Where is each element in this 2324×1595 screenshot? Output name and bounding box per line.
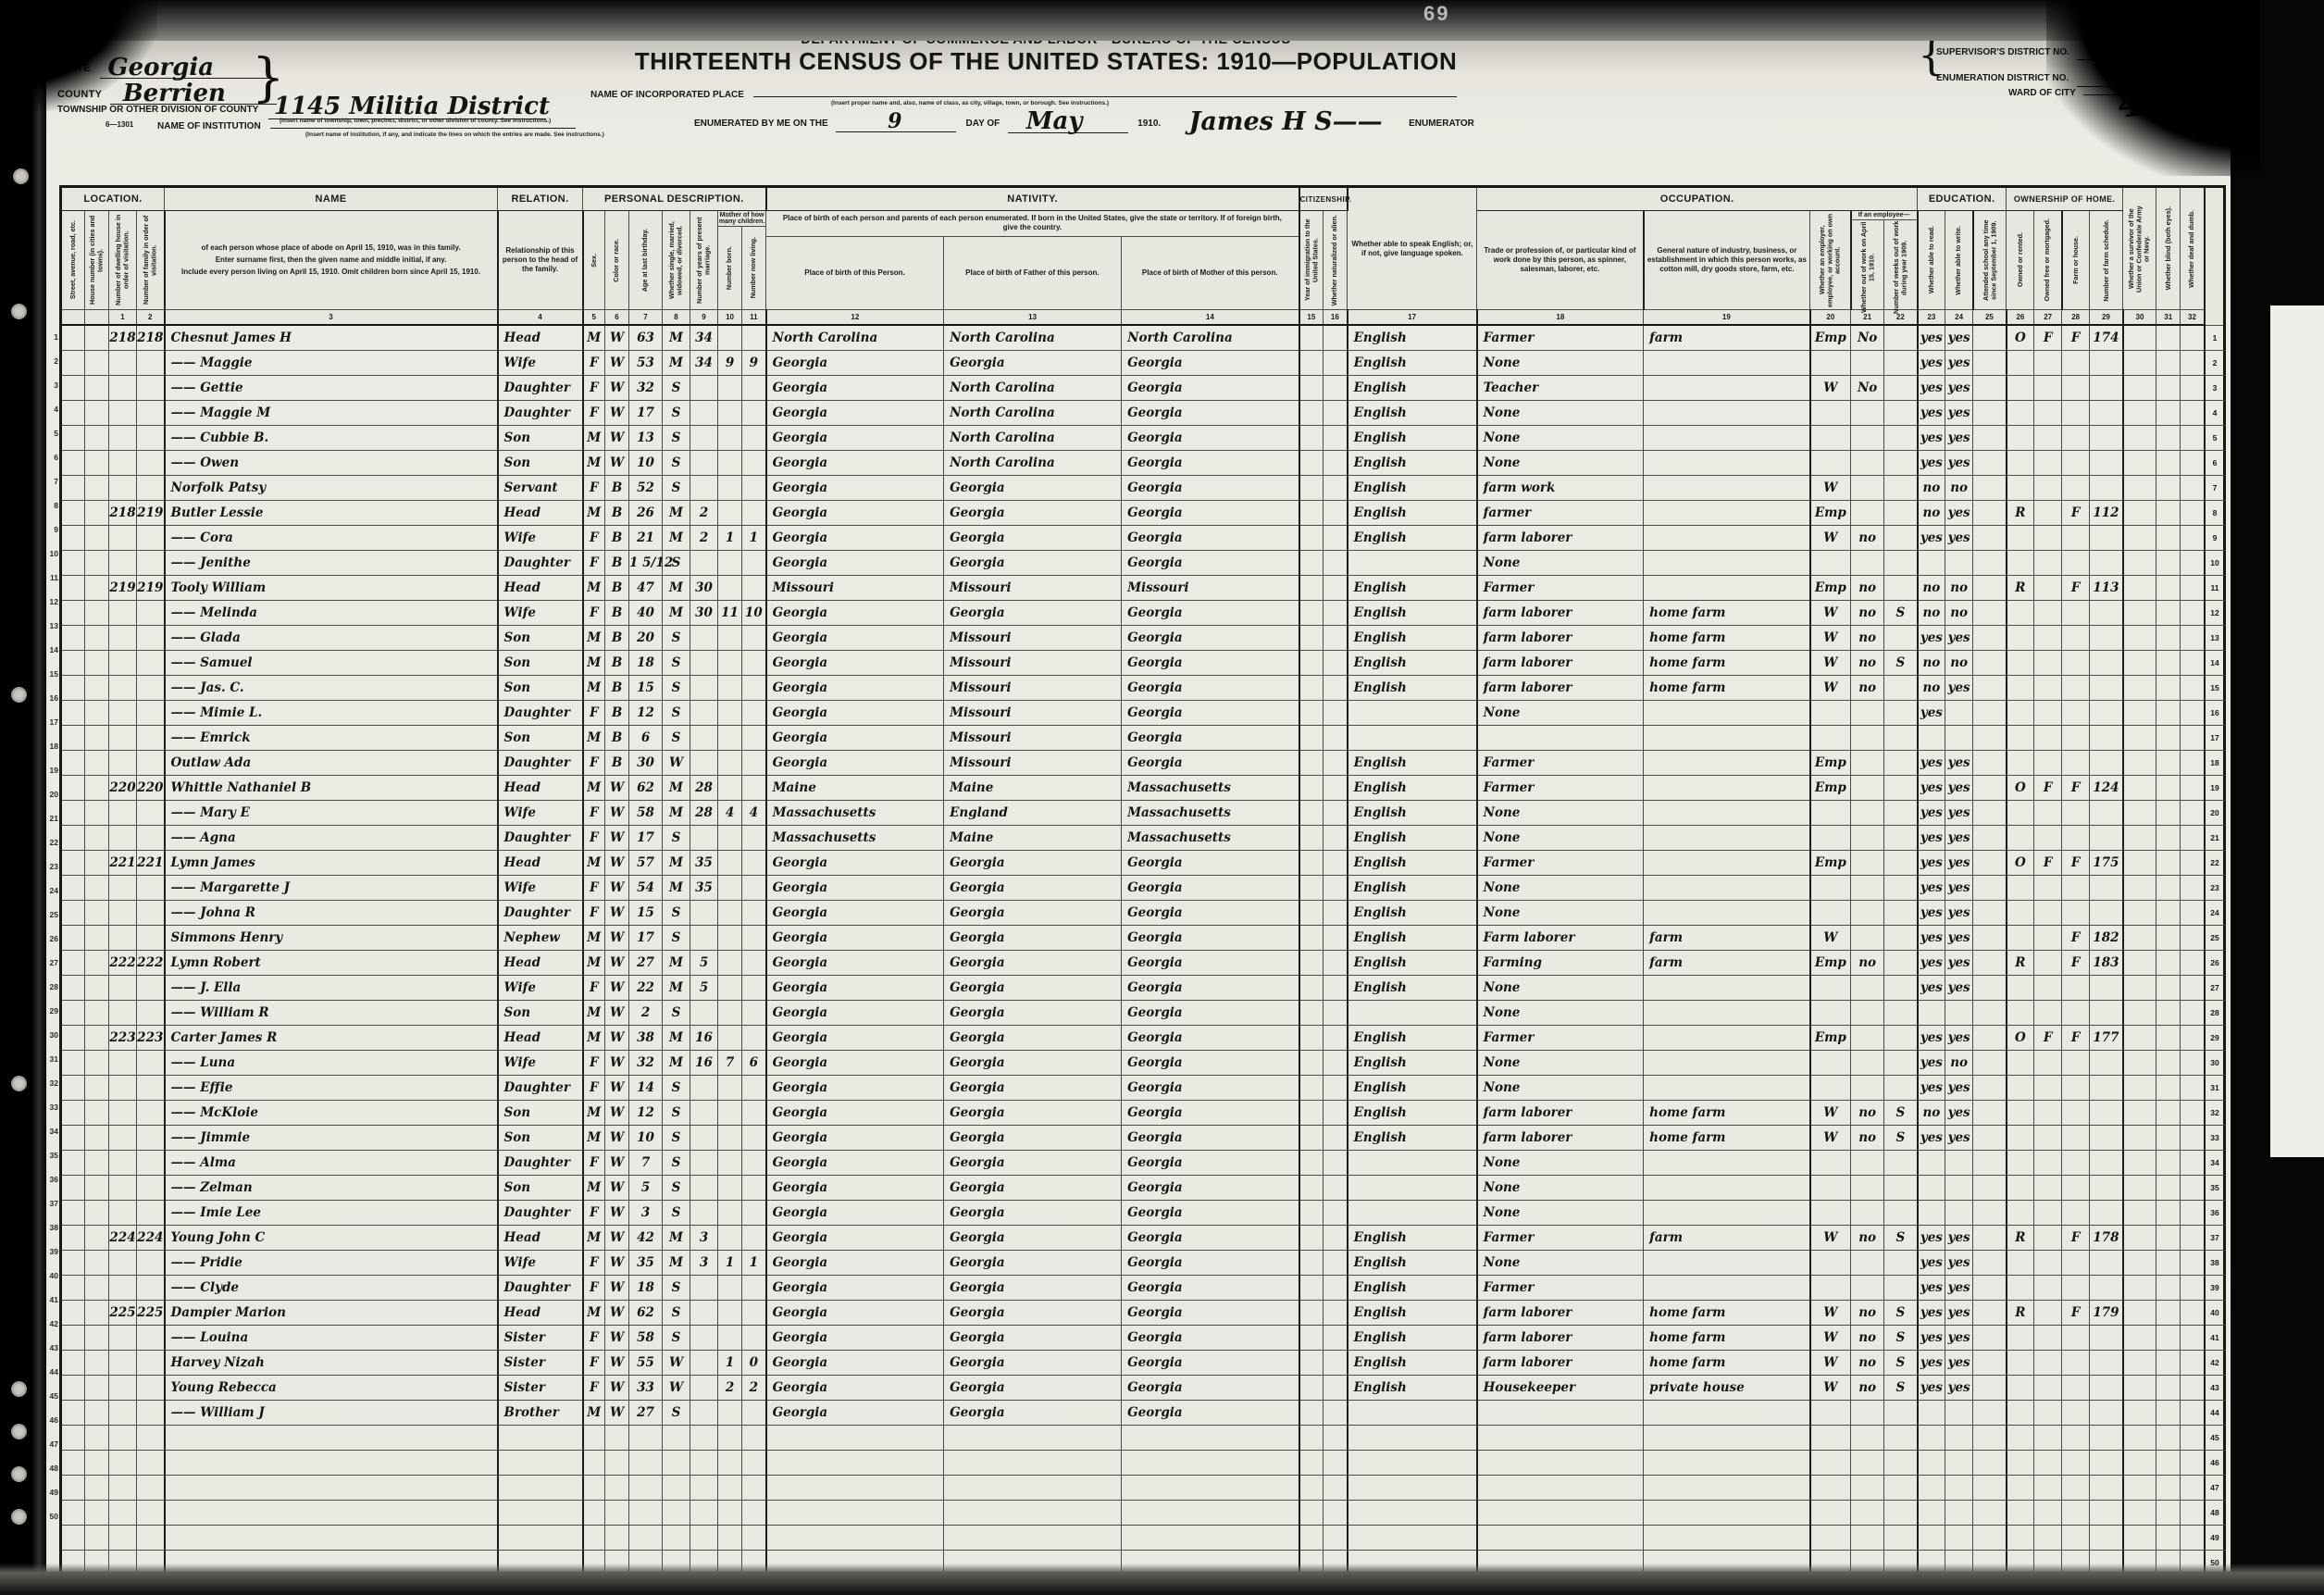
- cell-children_living: [742, 1476, 766, 1501]
- cell-industry: home farm: [1644, 1326, 1810, 1351]
- cell-read: yes: [1918, 401, 1945, 426]
- cell-street: [61, 1426, 85, 1451]
- cell-write: yes: [1945, 676, 1973, 701]
- cell-naturalized: [1324, 651, 1348, 676]
- cell-farm_or_house: [2062, 526, 2090, 551]
- cell-naturalized: [1324, 325, 1348, 351]
- cell-farm_schedule: [2090, 1251, 2123, 1276]
- cell-deaf: [2181, 1376, 2205, 1401]
- cell-naturalized: [1324, 876, 1348, 901]
- cell-color: W: [605, 1001, 629, 1026]
- cell-deaf: [2181, 1226, 2205, 1251]
- cell-birthplace: Georgia: [766, 426, 944, 451]
- left-line-numbers: 1234567891011121314151617181920212223242…: [47, 325, 58, 1528]
- cell-name: —— Jenithe: [165, 551, 498, 576]
- cell-age: [629, 1501, 663, 1526]
- group-nativity: NATIVITY.: [766, 187, 1299, 211]
- cell-occupation: farm laborer: [1477, 626, 1644, 651]
- cell-school: [1973, 426, 2007, 451]
- cell-father_birthplace: Georgia: [944, 926, 1122, 951]
- cell-school: [1973, 1351, 2007, 1376]
- cell-farm_or_house: [2062, 376, 2090, 401]
- line-number: 18: [2205, 751, 2225, 776]
- cell-house: [85, 751, 109, 776]
- cell-home_free: F: [2034, 1026, 2062, 1051]
- cell-worker_class: [1810, 1201, 1851, 1226]
- cell-industry: [1644, 1001, 1810, 1026]
- cell-age: 12: [629, 1101, 663, 1126]
- line-number: 7: [2205, 476, 2225, 501]
- enumerated-line: ENUMERATED BY ME ON THE 9 DAY OF May 191…: [694, 104, 1474, 133]
- cell-deaf: [2181, 551, 2205, 576]
- col-nativity-desc: Place of birth of each person and parent…: [766, 211, 1299, 310]
- cell-worker_class: [1810, 1276, 1851, 1301]
- census-row: 45: [61, 1426, 2225, 1451]
- cell-mother_birthplace: Georgia: [1122, 501, 1299, 526]
- col-family-number: Number of family in order of visitation.: [137, 211, 165, 310]
- cell-english: English: [1348, 926, 1477, 951]
- column-number: 30: [2123, 310, 2156, 326]
- cell-farm_or_house: [2062, 426, 2090, 451]
- cell-street: [61, 526, 85, 551]
- cell-write: [1945, 1151, 1973, 1176]
- cell-years_married: 28: [690, 776, 718, 801]
- cell-industry: home farm: [1644, 626, 1810, 651]
- cell-house: [85, 451, 109, 476]
- cell-children_living: 6: [742, 1051, 766, 1076]
- cell-english: [1348, 1201, 1477, 1226]
- cell-children_born: [718, 376, 742, 401]
- cell-veteran: [2123, 501, 2156, 526]
- cell-house: [85, 401, 109, 426]
- cell-farm_schedule: [2090, 701, 2123, 726]
- cell-naturalized: [1324, 1026, 1348, 1051]
- cell-color: W: [605, 1101, 629, 1126]
- cell-veteran: [2123, 1301, 2156, 1326]
- cell-home_free: [2034, 401, 2062, 426]
- cell-occupation: None: [1477, 976, 1644, 1001]
- cell-worker_class: W: [1810, 526, 1851, 551]
- cell-birthplace: Missouri: [766, 576, 944, 601]
- cell-veteran: [2123, 1026, 2156, 1051]
- cell-children_born: [718, 701, 742, 726]
- cell-farm_or_house: [2062, 626, 2090, 651]
- cell-sex: M: [583, 951, 605, 976]
- cell-naturalized: [1324, 501, 1348, 526]
- cell-home_free: [2034, 1226, 2062, 1251]
- cell-read: [1918, 1451, 1945, 1476]
- cell-children_born: [718, 1226, 742, 1251]
- cell-street: [61, 876, 85, 901]
- cell-years_married: 2: [690, 526, 718, 551]
- cell-worker_class: [1810, 551, 1851, 576]
- cell-sex: F: [583, 1076, 605, 1101]
- line-number: 12: [2205, 601, 2225, 626]
- line-number: 35: [2205, 1176, 2225, 1201]
- cell-blind: [2156, 1026, 2181, 1051]
- cell-family: [137, 1426, 165, 1451]
- cell-name: Young Rebecca: [165, 1376, 498, 1401]
- cell-school: [1973, 325, 2007, 351]
- cell-deaf: [2181, 576, 2205, 601]
- cell-mother_birthplace: Massachusetts: [1122, 826, 1299, 851]
- cell-father_birthplace: [944, 1501, 1122, 1526]
- cell-mother_birthplace: Georgia: [1122, 1276, 1299, 1301]
- cell-industry: [1644, 751, 1810, 776]
- cell-immigration_year: [1299, 1401, 1324, 1426]
- cell-father_birthplace: Missouri: [944, 626, 1122, 651]
- cell-farm_schedule: [2090, 1151, 2123, 1176]
- cell-years_married: [690, 726, 718, 751]
- cell-children_born: [718, 1276, 742, 1301]
- cell-occupation: None: [1477, 1076, 1644, 1101]
- cell-mother_birthplace: Georgia: [1122, 626, 1299, 651]
- cell-name: —— Louina: [165, 1326, 498, 1351]
- cell-school: [1973, 676, 2007, 701]
- cell-family: 225: [137, 1301, 165, 1326]
- cell-industry: farm: [1644, 325, 1810, 351]
- cell-dwelling: [109, 701, 137, 726]
- cell-children_living: [742, 1076, 766, 1101]
- cell-out_of_work: [1851, 501, 1884, 526]
- cell-sex: [583, 1501, 605, 1526]
- census-row: —— William RSonMW2SGeorgiaGeorgiaGeorgia…: [61, 1001, 2225, 1026]
- margin-line-number: 21: [47, 806, 58, 830]
- cell-house: [85, 1451, 109, 1476]
- cell-marital: S: [663, 1001, 690, 1026]
- cell-read: yes: [1918, 976, 1945, 1001]
- cell-farm_or_house: [2062, 1251, 2090, 1276]
- cell-veteran: [2123, 751, 2156, 776]
- cell-color: B: [605, 476, 629, 501]
- census-row: 46: [61, 1451, 2225, 1476]
- cell-weeks_out: S: [1884, 1226, 1918, 1251]
- cell-worker_class: W: [1810, 926, 1851, 951]
- column-number: 9: [690, 310, 718, 326]
- cell-father_birthplace: North Carolina: [944, 451, 1122, 476]
- cell-home_free: F: [2034, 851, 2062, 876]
- cell-occupation: [1477, 1426, 1644, 1451]
- cell-blind: [2156, 976, 2181, 1001]
- line-number: 21: [2205, 826, 2225, 851]
- cell-worker_class: [1810, 1001, 1851, 1026]
- cell-age: 3: [629, 1201, 663, 1226]
- cell-sex: F: [583, 976, 605, 1001]
- cell-sex: M: [583, 726, 605, 751]
- col-write: Whether able to write.: [1945, 211, 1973, 310]
- cell-mother_birthplace: [1122, 1501, 1299, 1526]
- cell-dwelling: [109, 1426, 137, 1451]
- cell-weeks_out: [1884, 426, 1918, 451]
- cell-dwelling: 224: [109, 1226, 137, 1251]
- cell-naturalized: [1324, 926, 1348, 951]
- cell-dwelling: [109, 426, 137, 451]
- cell-write: yes: [1945, 351, 1973, 376]
- scan-corner-dark-right: [2046, 0, 2259, 176]
- cell-birthplace: Georgia: [766, 901, 944, 926]
- cell-age: 26: [629, 501, 663, 526]
- cell-naturalized: [1324, 1151, 1348, 1176]
- cell-dwelling: [109, 476, 137, 501]
- cell-house: [85, 1001, 109, 1026]
- cell-weeks_out: S: [1884, 651, 1918, 676]
- margin-line-number: 37: [47, 1191, 58, 1215]
- cell-farm_schedule: [2090, 476, 2123, 501]
- page-number-stamp: 101: [2318, 520, 2324, 827]
- cell-house: [85, 1251, 109, 1276]
- cell-veteran: [2123, 1451, 2156, 1476]
- cell-marital: S: [663, 626, 690, 651]
- cell-naturalized: [1324, 626, 1348, 651]
- cell-weeks_out: [1884, 1201, 1918, 1226]
- cell-marital: S: [663, 701, 690, 726]
- cell-veteran: [2123, 801, 2156, 826]
- cell-dwelling: [109, 751, 137, 776]
- cell-years_married: [690, 376, 718, 401]
- cell-street: [61, 801, 85, 826]
- col-farm-house: Farm or house.: [2062, 211, 2090, 310]
- line-number: 44: [2205, 1401, 2225, 1426]
- cell-years_married: [690, 626, 718, 651]
- margin-line-number: 28: [47, 975, 58, 999]
- cell-weeks_out: S: [1884, 1376, 1918, 1401]
- cell-home_free: [2034, 1001, 2062, 1026]
- cell-relation: Son: [498, 1101, 583, 1126]
- cell-deaf: [2181, 1351, 2205, 1376]
- cell-weeks_out: [1884, 1476, 1918, 1501]
- cell-children_born: 4: [718, 801, 742, 826]
- cell-house: [85, 1526, 109, 1551]
- line-number: 30: [2205, 1051, 2225, 1076]
- cell-father_birthplace: North Carolina: [944, 426, 1122, 451]
- cell-birthplace: Georgia: [766, 976, 944, 1001]
- cell-weeks_out: S: [1884, 1126, 1918, 1151]
- cell-sex: F: [583, 1051, 605, 1076]
- cell-family: [137, 926, 165, 951]
- cell-dwelling: [109, 1501, 137, 1526]
- cell-marital: S: [663, 1201, 690, 1226]
- cell-blind: [2156, 776, 2181, 801]
- cell-weeks_out: [1884, 1526, 1918, 1551]
- cell-marital: S: [663, 476, 690, 501]
- cell-weeks_out: S: [1884, 1326, 1918, 1351]
- cell-father_birthplace: Georgia: [944, 876, 1122, 901]
- cell-weeks_out: [1884, 926, 1918, 951]
- cell-birthplace: [766, 1501, 944, 1526]
- column-number: 19: [1644, 310, 1810, 326]
- cell-industry: [1644, 1401, 1810, 1426]
- cell-father_birthplace: Missouri: [944, 576, 1122, 601]
- cell-marital: M: [663, 1251, 690, 1276]
- cell-out_of_work: [1851, 801, 1884, 826]
- cell-birthplace: Georgia: [766, 1051, 944, 1076]
- cell-veteran: [2123, 526, 2156, 551]
- cell-write: yes: [1945, 1301, 1973, 1326]
- cell-dwelling: 219: [109, 576, 137, 601]
- cell-industry: home farm: [1644, 651, 1810, 676]
- cell-write: yes: [1945, 1076, 1973, 1101]
- census-row: Outlaw AdaDaughterFB30WGeorgiaMissouriGe…: [61, 751, 2225, 776]
- cell-color: [605, 1501, 629, 1526]
- cell-blind: [2156, 476, 2181, 501]
- cell-school: [1973, 1251, 2007, 1276]
- cell-deaf: [2181, 626, 2205, 651]
- cell-father_birthplace: Georgia: [944, 1251, 1122, 1276]
- cell-home_owned: [2007, 1051, 2034, 1076]
- cell-read: [1918, 1001, 1945, 1026]
- cell-street: [61, 426, 85, 451]
- cell-children_born: [718, 1026, 742, 1051]
- cell-house: [85, 626, 109, 651]
- cell-veteran: [2123, 401, 2156, 426]
- cell-farm_or_house: [2062, 676, 2090, 701]
- cell-worker_class: W: [1810, 676, 1851, 701]
- cell-marital: S: [663, 651, 690, 676]
- cell-children_living: [742, 401, 766, 426]
- cell-blind: [2156, 1326, 2181, 1351]
- cell-blind: [2156, 1201, 2181, 1226]
- cell-sex: M: [583, 851, 605, 876]
- cell-years_married: 28: [690, 801, 718, 826]
- cell-deaf: [2181, 801, 2205, 826]
- cell-farm_or_house: [2062, 901, 2090, 926]
- cell-age: 10: [629, 451, 663, 476]
- cell-farm_schedule: 174: [2090, 325, 2123, 351]
- cell-dwelling: [109, 726, 137, 751]
- cell-out_of_work: [1851, 1176, 1884, 1201]
- cell-naturalized: [1324, 576, 1348, 601]
- col-industry: General nature of industry, business, or…: [1644, 211, 1810, 310]
- cell-children_born: [718, 751, 742, 776]
- cell-home_free: [2034, 1051, 2062, 1076]
- cell-deaf: [2181, 401, 2205, 426]
- cell-relation: Brother: [498, 1401, 583, 1426]
- cell-children_living: [742, 501, 766, 526]
- cell-marital: S: [663, 826, 690, 851]
- cell-birthplace: Georgia: [766, 951, 944, 976]
- cell-immigration_year: [1299, 826, 1324, 851]
- cell-school: [1973, 1176, 2007, 1201]
- cell-industry: home farm: [1644, 1351, 1810, 1376]
- census-row: —— Margarette JWifeFW54M35GeorgiaGeorgia…: [61, 876, 2225, 901]
- cell-deaf: [2181, 1276, 2205, 1301]
- cell-deaf: [2181, 526, 2205, 551]
- cell-marital: M: [663, 1226, 690, 1251]
- cell-dwelling: [109, 976, 137, 1001]
- cell-father_birthplace: Georgia: [944, 1201, 1122, 1226]
- cell-veteran: [2123, 1251, 2156, 1276]
- cell-write: no: [1945, 601, 1973, 626]
- cell-father_birthplace: Missouri: [944, 651, 1122, 676]
- cell-occupation: None: [1477, 1151, 1644, 1176]
- cell-sex: F: [583, 1201, 605, 1226]
- cell-street: [61, 1251, 85, 1276]
- cell-read: yes: [1918, 1351, 1945, 1376]
- cell-english: English: [1348, 901, 1477, 926]
- cell-naturalized: [1324, 1051, 1348, 1076]
- cell-read: yes: [1918, 526, 1945, 551]
- cell-english: [1348, 1451, 1477, 1476]
- cell-industry: [1644, 1051, 1810, 1076]
- cell-home_free: [2034, 751, 2062, 776]
- cell-color: W: [605, 1401, 629, 1426]
- cell-immigration_year: [1299, 501, 1324, 526]
- cell-birthplace: Georgia: [766, 551, 944, 576]
- margin-line-number: 2: [47, 349, 58, 373]
- cell-school: [1973, 1476, 2007, 1501]
- cell-blind: [2156, 325, 2181, 351]
- stamp-strip: 101: [2270, 305, 2324, 1157]
- enumerated-day: 9: [888, 109, 901, 133]
- cell-sex: F: [583, 876, 605, 901]
- cell-school: [1973, 876, 2007, 901]
- cell-immigration_year: [1299, 1301, 1324, 1326]
- cell-house: [85, 551, 109, 576]
- cell-read: [1918, 551, 1945, 576]
- cell-out_of_work: [1851, 426, 1884, 451]
- cell-out_of_work: [1851, 351, 1884, 376]
- line-number: 29: [2205, 1026, 2225, 1051]
- cell-children_born: [718, 676, 742, 701]
- cell-father_birthplace: Georgia: [944, 1026, 1122, 1051]
- cell-dwelling: [109, 676, 137, 701]
- cell-mother_birthplace: Georgia: [1122, 1301, 1299, 1326]
- cell-farm_schedule: 183: [2090, 951, 2123, 976]
- cell-school: [1973, 1201, 2007, 1226]
- cell-home_owned: [2007, 1376, 2034, 1401]
- cell-sex: F: [583, 376, 605, 401]
- cell-dwelling: [109, 826, 137, 851]
- census-row: —— SamuelSonMB18SGeorgiaMissouriGeorgiaE…: [61, 651, 2225, 676]
- cell-veteran: [2123, 826, 2156, 851]
- cell-blind: [2156, 551, 2181, 576]
- cell-children_born: [718, 1126, 742, 1151]
- col-english: Whether able to speak English; or, if no…: [1348, 187, 1477, 310]
- cell-sex: F: [583, 1251, 605, 1276]
- cell-farm_or_house: F: [2062, 1226, 2090, 1251]
- cell-farm_schedule: [2090, 751, 2123, 776]
- cell-veteran: [2123, 1076, 2156, 1101]
- cell-english: [1348, 726, 1477, 751]
- cell-worker_class: W: [1810, 601, 1851, 626]
- cell-industry: [1644, 826, 1810, 851]
- cell-sex: F: [583, 1151, 605, 1176]
- cell-farm_schedule: [2090, 826, 2123, 851]
- cell-age: 33: [629, 1376, 663, 1401]
- cell-years_married: [690, 926, 718, 951]
- cell-relation: Nephew: [498, 926, 583, 951]
- cell-age: 53: [629, 351, 663, 376]
- cell-house: [85, 876, 109, 901]
- cell-sex: M: [583, 1001, 605, 1026]
- cell-school: [1973, 826, 2007, 851]
- punch-hole: [11, 687, 27, 703]
- cell-weeks_out: [1884, 1451, 1918, 1476]
- line-number: 48: [2205, 1501, 2225, 1526]
- cell-years_married: 16: [690, 1051, 718, 1076]
- cell-immigration_year: [1299, 1526, 1324, 1551]
- cell-naturalized: [1324, 726, 1348, 751]
- cell-sex: F: [583, 351, 605, 376]
- cell-veteran: [2123, 926, 2156, 951]
- cell-father_birthplace: Georgia: [944, 476, 1122, 501]
- cell-father_birthplace: Georgia: [944, 851, 1122, 876]
- cell-street: [61, 1401, 85, 1426]
- cell-home_free: [2034, 1326, 2062, 1351]
- cell-school: [1973, 376, 2007, 401]
- cell-home_owned: [2007, 1101, 2034, 1126]
- cell-deaf: [2181, 325, 2205, 351]
